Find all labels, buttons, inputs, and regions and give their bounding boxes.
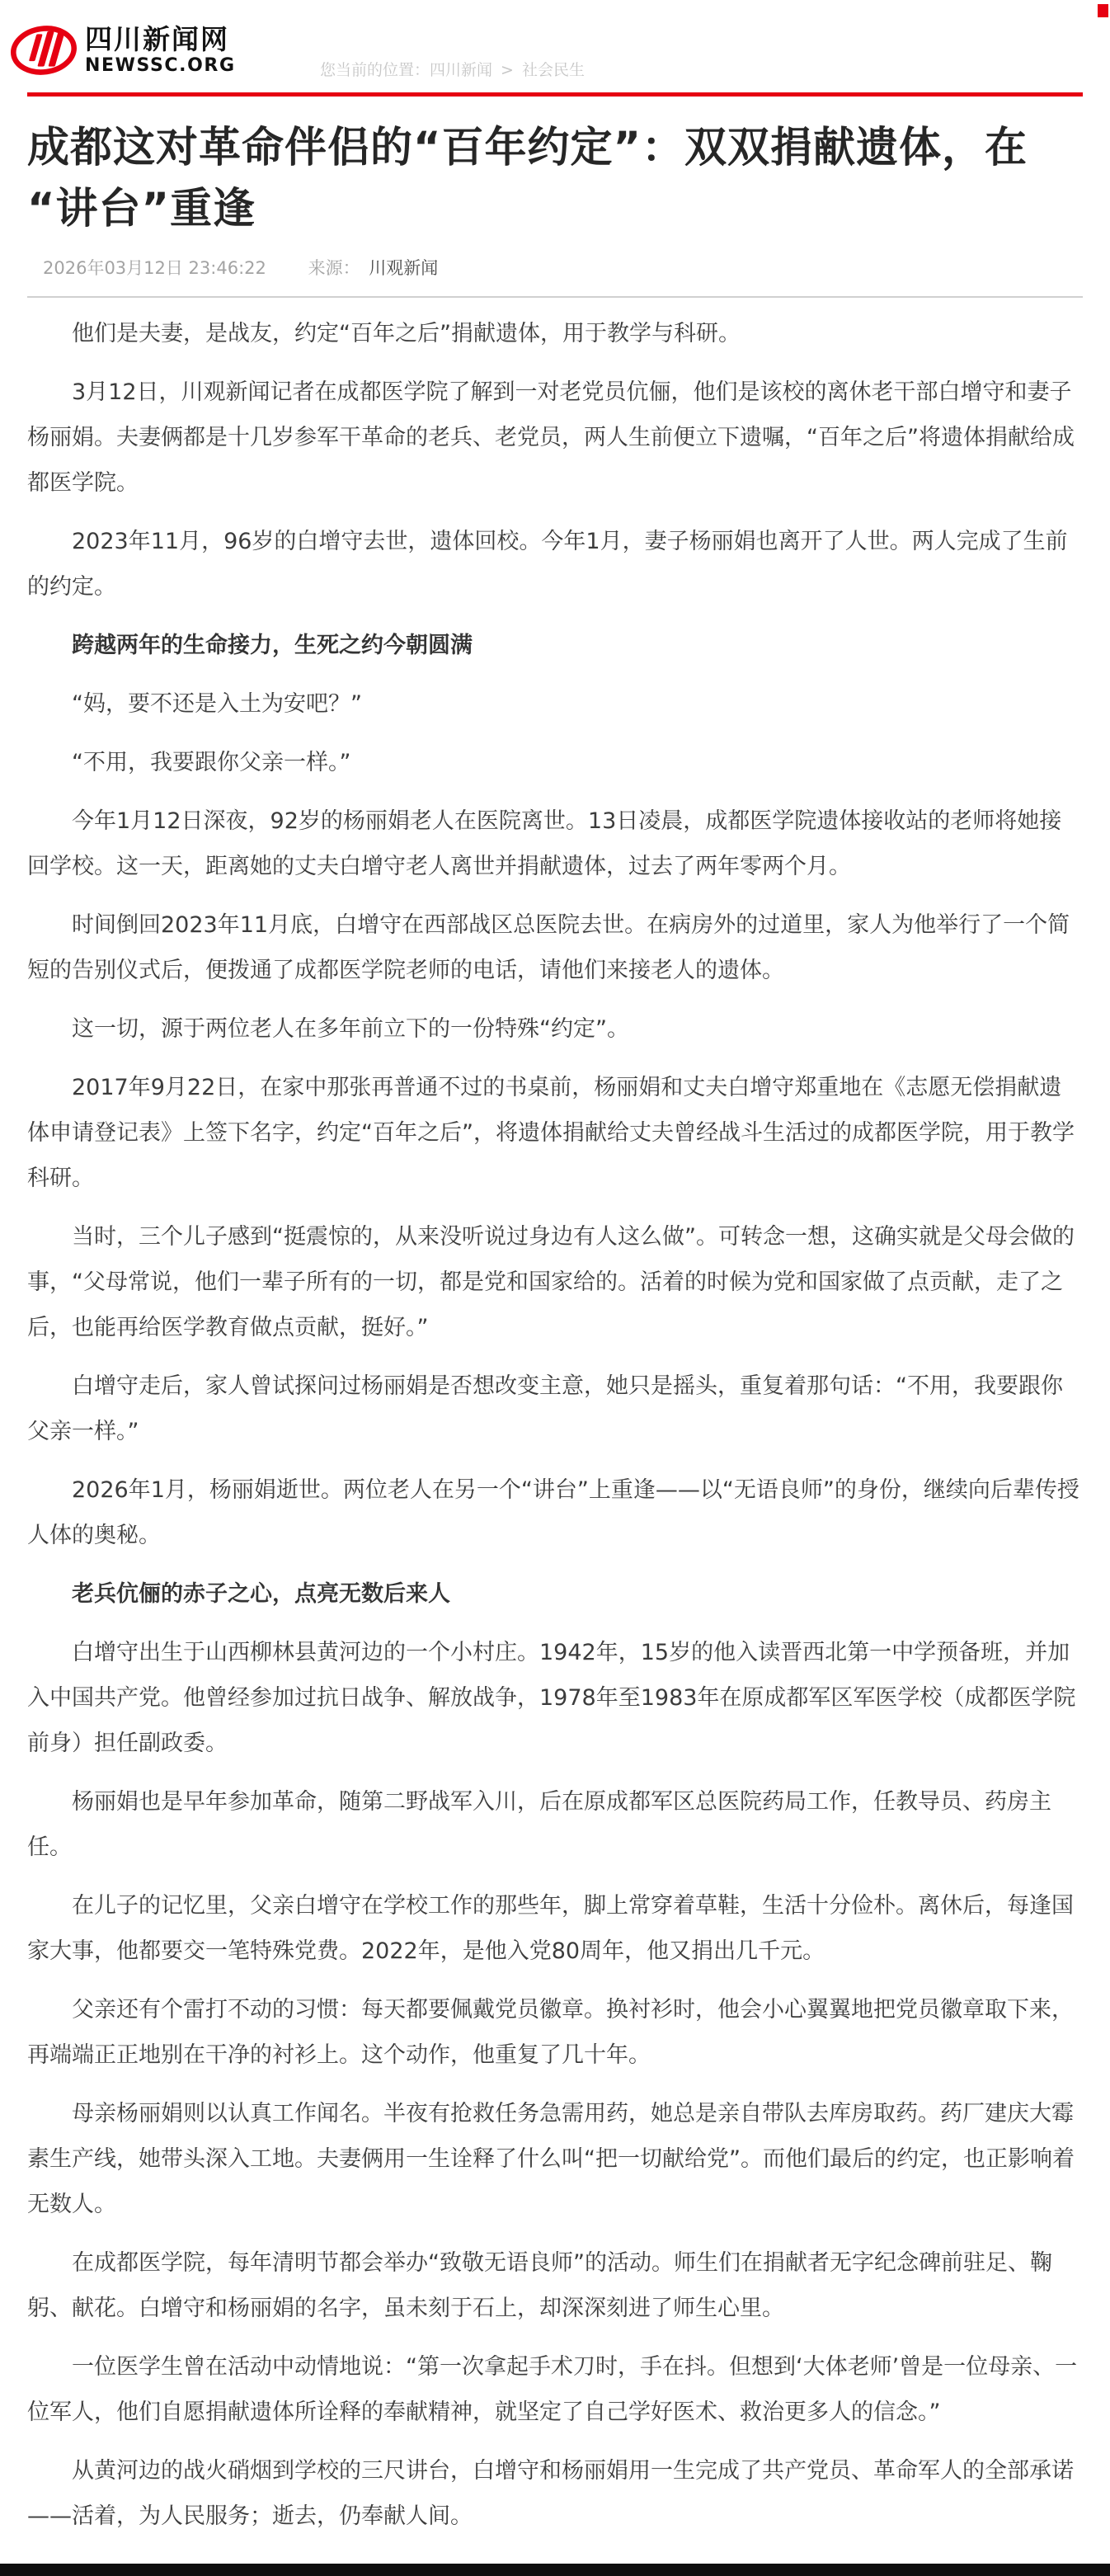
news-article-page: 四川新闻网 NEWSSC.ORG 您当前的位置：四川新闻>社会民生 成都这对革命… <box>0 0 1110 2576</box>
article-paragraph: “不用，我要跟你父亲一样。” <box>27 740 1083 785</box>
section-heading: 老兵伉俪的赤子之心，点亮无数后来人 <box>27 1571 1083 1617</box>
article-meta: 2026年03月12日 23:46:22 来源： 川观新闻 <box>43 255 1083 280</box>
article: 成都这对革命伴侣的“百年约定”：双双捐献遗体，在“讲台”重逢 2026年03月1… <box>0 118 1110 2539</box>
article-paragraph: 时间倒回2023年11月底，白增守在西部战区总医院去世。在病房外的过道里，家人为… <box>27 902 1083 993</box>
site-domain: NEWSSC.ORG <box>85 56 236 75</box>
article-paragraph: 母亲杨丽娟则以认真工作闻名。半夜有抢救任务急需用药，她总是亲自带队去库房取药。药… <box>27 2091 1083 2227</box>
article-paragraph: 白增守走后，家人曾试探问过杨丽娟是否想改变主意，她只是摇头，重复着那句话：“不用… <box>27 1363 1083 1454</box>
site-logo-text: 四川新闻网 NEWSSC.ORG <box>85 26 236 75</box>
publish-time: 2026年03月12日 23:46:22 <box>43 258 266 278</box>
breadcrumb: 您当前的位置：四川新闻>社会民生 <box>320 58 585 80</box>
article-paragraph: 一位医学生曾在活动中动情地说：“第一次拿起手术刀时，手在抖。但想到‘大体老师’曾… <box>27 2344 1083 2435</box>
article-paragraph: 当时，三个儿子感到“挺震惊的，从来没听说过身边有人这么做”。可转念一想，这确实就… <box>27 1214 1083 1350</box>
article-paragraph: 从黄河边的战火硝烟到学校的三尺讲台，白增守和杨丽娟用一生完成了共产党员、革命军人… <box>27 2448 1083 2539</box>
footer-bar <box>0 2564 1110 2576</box>
article-paragraph: 今年1月12日深夜，92岁的杨丽娟老人在医院离世。13日凌晨，成都医学院遗体接收… <box>27 798 1083 889</box>
section-heading: 跨越两年的生命接力，生死之约今朝圆满 <box>27 623 1083 668</box>
source-name: 川观新闻 <box>369 258 438 278</box>
article-paragraph: 3月12日，川观新闻记者在成都医学院了解到一对老党员伉俪，他们是该校的离休老干部… <box>27 370 1083 506</box>
site-logo[interactable]: 四川新闻网 NEWSSC.ORG <box>10 23 236 78</box>
article-paragraph: 他们是夫妻，是战友，约定“百年之后”捐献遗体，用于教学与科研。 <box>27 311 1083 356</box>
article-title: 成都这对革命伴侣的“百年约定”：双双捐献遗体，在“讲台”重逢 <box>27 118 1083 240</box>
article-paragraph: 杨丽娟也是早年参加革命，随第二野战军入川，后在原成都军区总医院药局工作，任教导员… <box>27 1779 1083 1870</box>
breadcrumb-link-society[interactable]: 社会民生 <box>522 61 585 79</box>
article-paragraph: 2017年9月22日，在家中那张再普通不过的书桌前，杨丽娟和丈夫白增守郑重地在《… <box>27 1065 1083 1201</box>
corner-red-mark <box>1098 4 1108 17</box>
article-paragraph: 2026年1月，杨丽娟逝世。两位老人在另一个“讲台”上重逢——以“无语良师”的身… <box>27 1467 1083 1558</box>
article-paragraph: 父亲还有个雷打不动的习惯：每天都要佩戴党员徽章。换衬衫时，他会小心翼翼地把党员徽… <box>27 1987 1083 2078</box>
article-paragraph: “妈，要不还是入土为安吧？” <box>27 681 1083 727</box>
article-paragraph: 白增守出生于山西柳林县黄河边的一个小村庄。1942年，15岁的他入读晋西北第一中… <box>27 1630 1083 1766</box>
site-name: 四川新闻网 <box>85 26 236 54</box>
article-body: 他们是夫妻，是战友，约定“百年之后”捐献遗体，用于教学与科研。3月12日，川观新… <box>27 311 1083 2539</box>
meta-divider <box>27 296 1083 298</box>
breadcrumb-link-sichuan-news[interactable]: 四川新闻 <box>430 61 492 79</box>
sichuan-news-logo-icon <box>10 23 78 78</box>
article-paragraph: 在儿子的记忆里，父亲白增守在学校工作的那些年，脚上常穿着草鞋，生活十分俭朴。离休… <box>27 1883 1083 1974</box>
breadcrumb-prefix: 您当前的位置： <box>320 61 430 79</box>
article-paragraph: 在成都医学院，每年清明节都会举办“致敬无语良师”的活动。师生们在捐献者无字纪念碑… <box>27 2240 1083 2331</box>
site-header: 四川新闻网 NEWSSC.ORG 您当前的位置：四川新闻>社会民生 <box>0 0 1110 92</box>
header-red-rule <box>27 92 1083 97</box>
article-paragraph: 这一切，源于两位老人在多年前立下的一份特殊“约定”。 <box>27 1006 1083 1052</box>
breadcrumb-separator-icon: > <box>501 61 514 79</box>
article-paragraph: 2023年11月，96岁的白增守去世，遗体回校。今年1月，妻子杨丽娟也离开了人世… <box>27 519 1083 610</box>
source-label: 来源： <box>308 258 360 278</box>
